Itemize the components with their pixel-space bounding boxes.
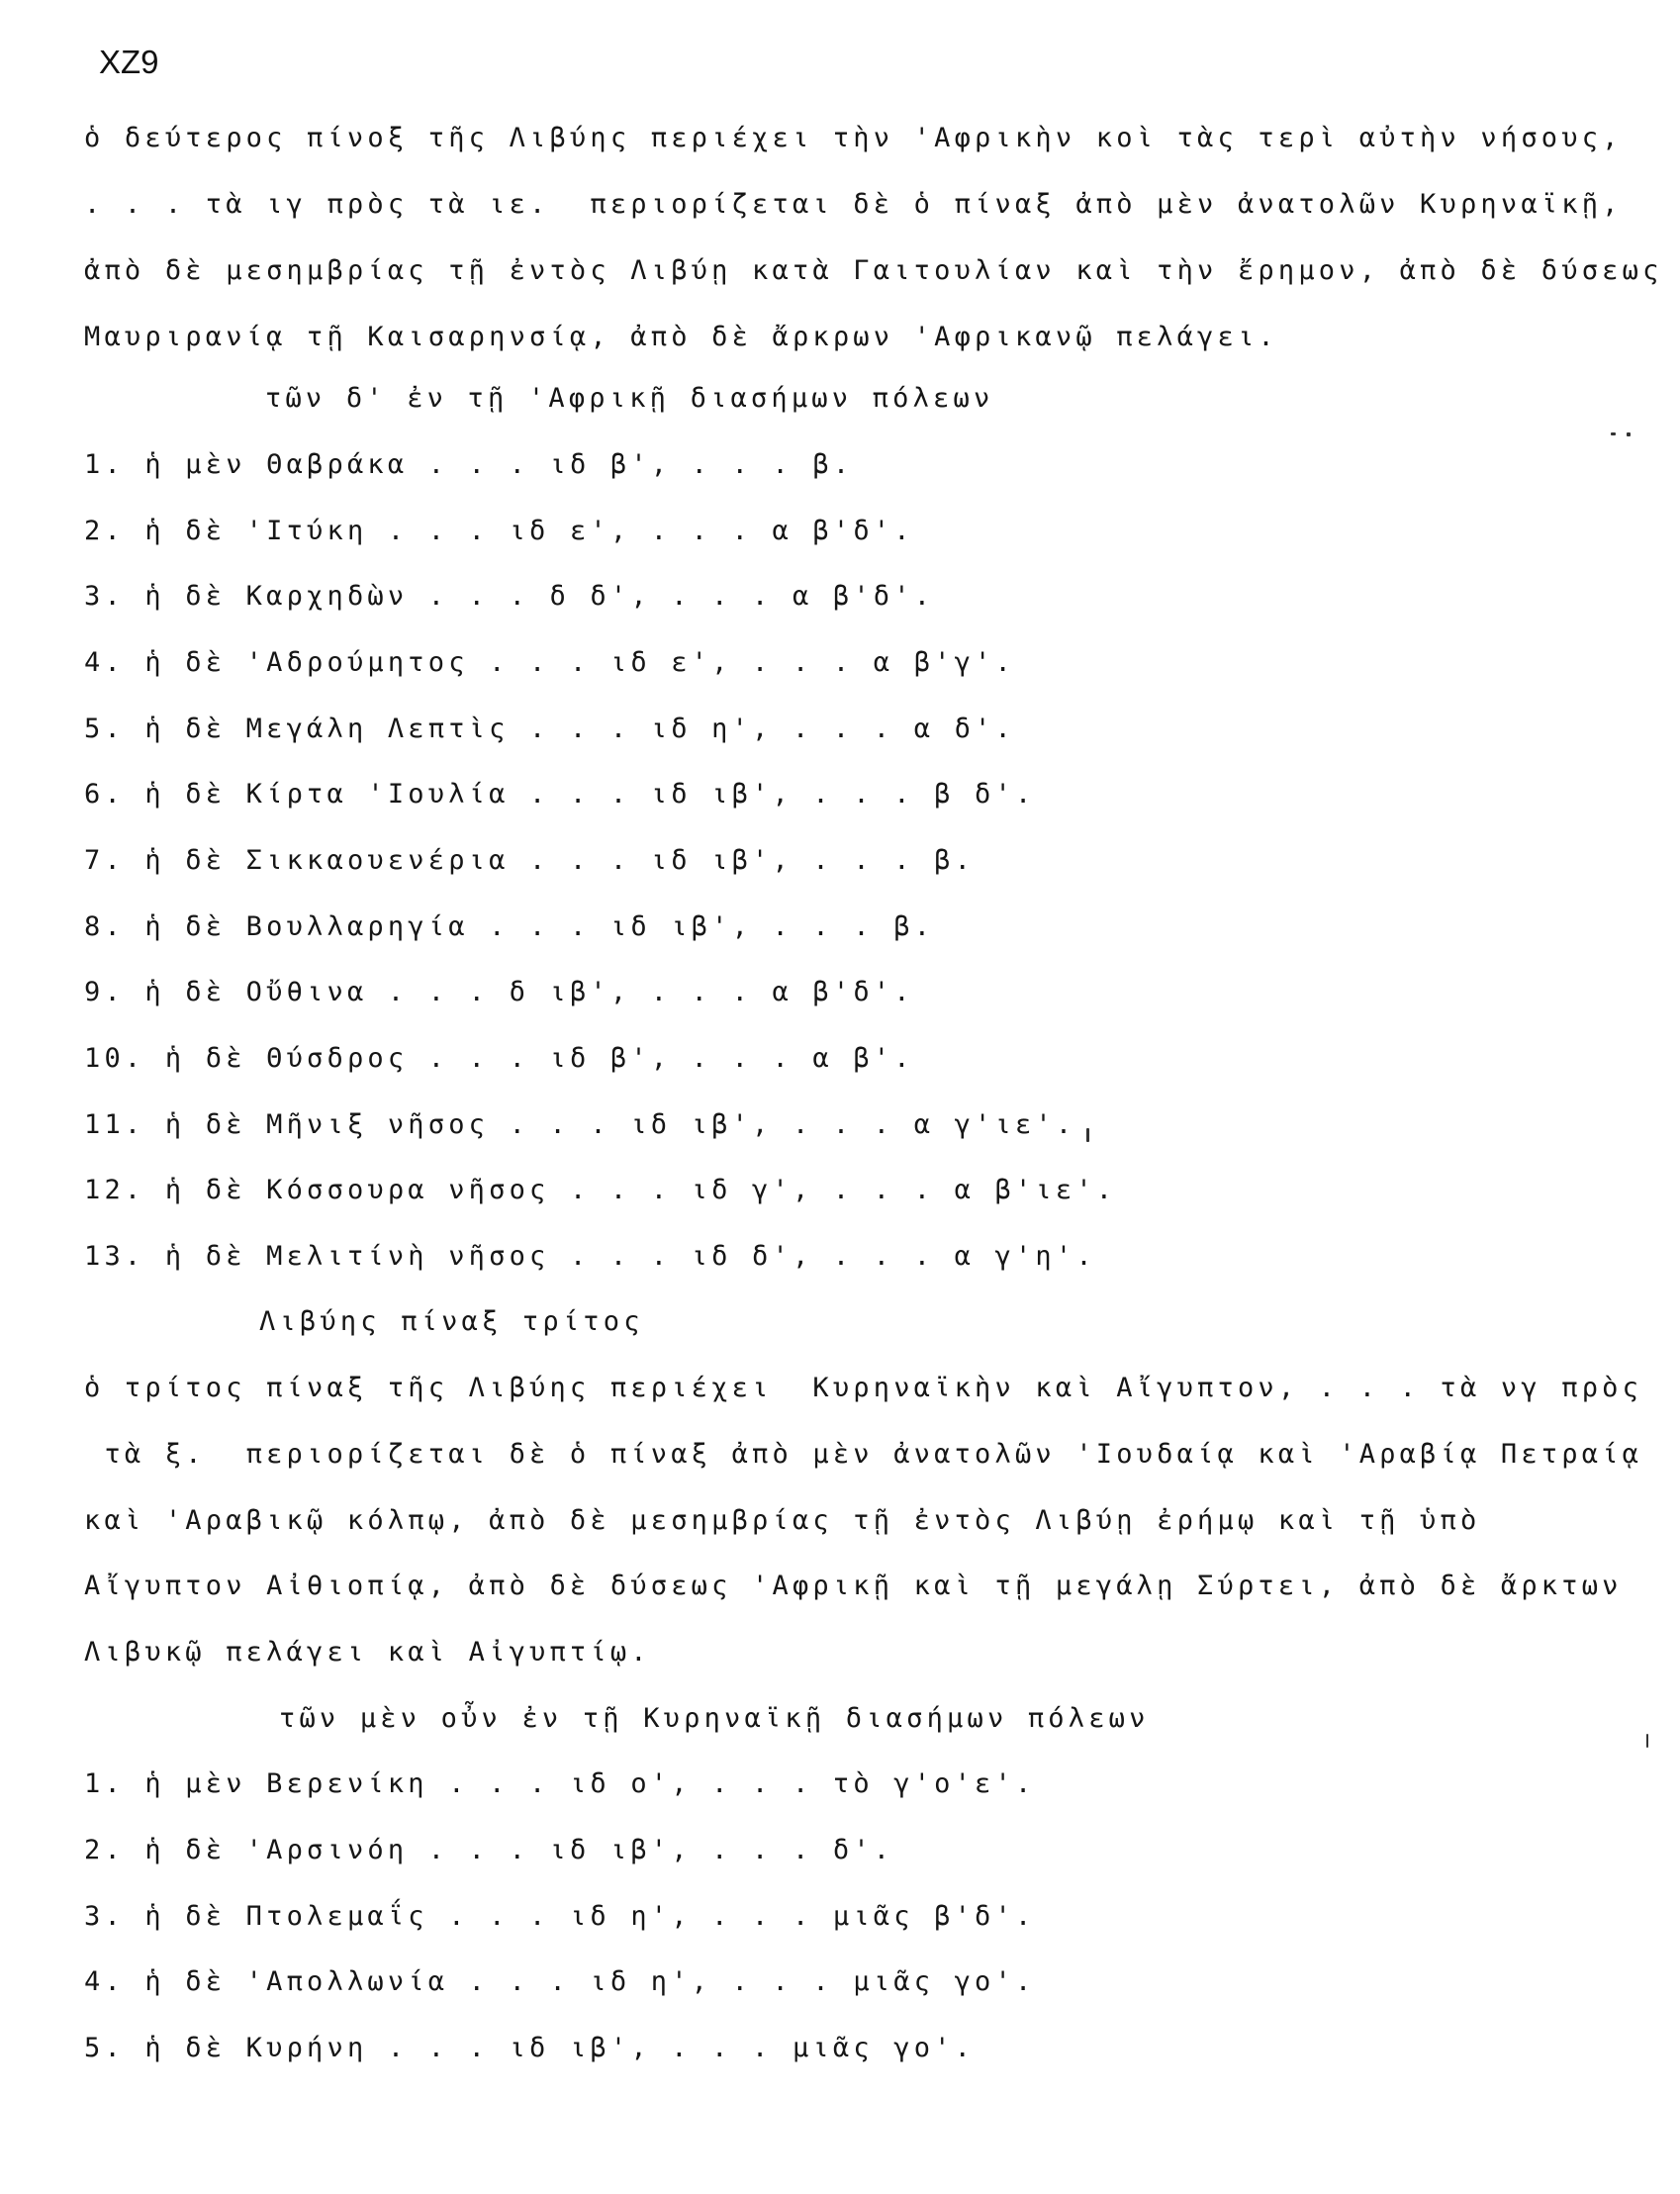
item-text: ἡ δὲ Σικκαουενέρια . . . ιδ ιβ', . . . β… <box>144 845 975 876</box>
scan-speck <box>1086 1128 1089 1142</box>
item-number: 1. <box>84 449 125 480</box>
city-item: 1. ἡ μὲν Βερενίκη . . . ιδ ο', . . . τὸ … <box>84 1766 1035 1802</box>
city-item: 13. ἡ δὲ Μελιτίνὴ νῆσος . . . ιδ δ', . .… <box>84 1239 1096 1275</box>
item-text: ἡ δὲ 'Απολλωνία . . . ιδ η', . . . μιᾶς … <box>144 1966 1035 1997</box>
item-text: ἡ δὲ Κυρήνη . . . ιδ ιβ', . . . μιᾶς γο'… <box>144 2033 975 2063</box>
item-number: 4. <box>84 1966 125 1997</box>
item-number: 3. <box>84 1901 125 1932</box>
paragraph-line: ὁ δεύτερος πίνοξ τῆς Λιβύης περιέχει τὴν… <box>84 121 1623 156</box>
item-text: ἡ μὲν Βερενίκη . . . ιδ ο', . . . τὸ γ'ο… <box>144 1768 1035 1799</box>
paragraph-line: Αἴγυπτον Αἰθιοπίᾳ, ἀπὸ δὲ δύσεως 'Αφρικῇ… <box>84 1569 1623 1604</box>
city-item: 7. ἡ δὲ Σικκαουενέρια . . . ιδ ιβ', . . … <box>84 843 975 879</box>
item-number: 10. <box>84 1043 144 1074</box>
city-item: 5. ἡ δὲ Κυρήνη . . . ιδ ιβ', . . . μιᾶς … <box>84 2031 975 2066</box>
city-item: 11. ἡ δὲ Μῆνιξ νῆσος . . . ιδ ιβ', . . .… <box>84 1107 1075 1143</box>
item-text: ἡ δὲ 'Αδρούμητος . . . ιδ ε', . . . α β'… <box>144 647 1015 678</box>
paragraph-line: τὰ ξ. περιορίζεται δὲ ὁ πίναξ ἀπὸ μὲν ἀν… <box>84 1437 1642 1473</box>
scan-speck <box>1646 1734 1648 1748</box>
paragraph-line: Μαυριρανίᾳ τῇ Καισαρηνσίᾳ, ἀπὸ δὲ ἄρκρων… <box>84 320 1278 355</box>
paragraph-line: ἀπὸ δὲ μεσημβρίας τῇ ἐντὸς Λιβύῃ κατὰ Γα… <box>84 253 1663 289</box>
page-label: XZ9 <box>99 44 159 81</box>
item-number: 5. <box>84 714 125 744</box>
scan-speck <box>1611 432 1616 435</box>
item-number: 2. <box>84 516 125 546</box>
city-item: 4. ἡ δὲ 'Αδρούμητος . . . ιδ ε', . . . α… <box>84 645 1015 681</box>
section2-cities-heading: τῶν δ' ἐν τῇ 'Αφρικῇ διασήμων πόλεων <box>265 381 993 417</box>
city-item: 5. ἡ δὲ Μεγάλη Λεπτὶς . . . ιδ η', . . .… <box>84 712 1015 747</box>
item-number: 1. <box>84 1768 125 1799</box>
item-number: 4. <box>84 647 125 678</box>
city-item: 3. ἡ δὲ Καρχηδὼν . . . δ δ', . . . α β'δ… <box>84 579 934 615</box>
item-text: ἡ μὲν Θαβράκα . . . ιδ β', . . . β. <box>144 449 853 480</box>
item-text: ἡ δὲ Κίρτα 'Ιουλία . . . ιδ ιβ', . . . β… <box>144 779 1035 810</box>
city-item: 10. ἡ δὲ Θύσδρος . . . ιδ β', . . . α β'… <box>84 1041 914 1077</box>
paragraph-line: ὁ τρίτος πίναξ τῆς Λιβύης περιέχει Κυρην… <box>84 1371 1642 1406</box>
item-number: 13. <box>84 1241 144 1272</box>
city-item: 9. ἡ δὲ Οὔθινα . . . δ ιβ', . . . α β'δ'… <box>84 975 914 1010</box>
section3-cities-heading: τῶν μὲν οὖν ἐν τῇ Κυρηναϊκῇ διασήμων πόλ… <box>279 1701 1150 1737</box>
item-text: ἡ δὲ 'Αρσινόη . . . ιδ ιβ', . . . δ'. <box>144 1835 893 1865</box>
item-text: ἡ δὲ Καρχηδὼν . . . δ δ', . . . α β'δ'. <box>144 581 934 612</box>
item-number: 3. <box>84 581 125 612</box>
scan-speck <box>1627 432 1631 436</box>
item-text: ἡ δὲ 'Ιτύκη . . . ιδ ε', . . . α β'δ'. <box>144 516 913 546</box>
paragraph-line: . . . τὰ ιγ πρὸς τὰ ιε. περιορίζεται δὲ … <box>84 187 1623 223</box>
city-item: 2. ἡ δὲ 'Ιτύκη . . . ιδ ε', . . . α β'δ'… <box>84 514 914 549</box>
item-text: ἡ δὲ Μεγάλη Λεπτὶς . . . ιδ η', . . . α … <box>144 714 1015 744</box>
paragraph-line: Λιβυκῷ πελάγει καὶ Αἰγυπτίῳ. <box>84 1635 651 1670</box>
city-item: 2. ἡ δὲ 'Αρσινόη . . . ιδ ιβ', . . . δ'. <box>84 1833 893 1868</box>
item-number: 9. <box>84 977 125 1007</box>
item-number: 11. <box>84 1109 144 1140</box>
city-item: 4. ἡ δὲ 'Απολλωνία . . . ιδ η', . . . μι… <box>84 1964 1035 2000</box>
paragraph-line: καὶ 'Αραβικῷ κόλπῳ, ἀπὸ δὲ μεσημβρίας τῇ… <box>84 1503 1480 1539</box>
city-item: 6. ἡ δὲ Κίρτα 'Ιουλία . . . ιδ ιβ', . . … <box>84 777 1035 812</box>
item-text: ἡ δὲ Θύσδρος . . . ιδ β', . . . α β'. <box>165 1043 914 1074</box>
city-item: 8. ἡ δὲ Βουλλαρηγία . . . ιδ ιβ', . . . … <box>84 909 934 945</box>
item-number: 7. <box>84 845 125 876</box>
city-item: 1. ἡ μὲν Θαβράκα . . . ιδ β', . . . β. <box>84 447 853 483</box>
item-number: 8. <box>84 911 125 942</box>
city-item: 3. ἡ δὲ Πτολεμαΐς . . . ιδ η', . . . μιᾶ… <box>84 1899 1035 1935</box>
item-text: ἡ δὲ Μελιτίνὴ νῆσος . . . ιδ δ', . . . α… <box>165 1241 1096 1272</box>
item-text: ἡ δὲ Κόσσουρα νῆσος . . . ιδ γ', . . . α… <box>165 1175 1116 1205</box>
item-text: ἡ δὲ Πτολεμαΐς . . . ιδ η', . . . μιᾶς β… <box>144 1901 1035 1932</box>
section3-title: Λιβύης πίναξ τρίτος <box>259 1304 644 1340</box>
item-number: 2. <box>84 1835 125 1865</box>
city-item: 12. ἡ δὲ Κόσσουρα νῆσος . . . ιδ γ', . .… <box>84 1173 1116 1208</box>
item-number: 6. <box>84 779 125 810</box>
item-text: ἡ δὲ Οὔθινα . . . δ ιβ', . . . α β'δ'. <box>144 977 913 1007</box>
item-number: 5. <box>84 2033 125 2063</box>
item-text: ἡ δὲ Βουλλαρηγία . . . ιδ ιβ', . . . β. <box>144 911 934 942</box>
item-number: 12. <box>84 1175 144 1205</box>
item-text: ἡ δὲ Μῆνιξ νῆσος . . . ιδ ιβ', . . . α γ… <box>165 1109 1076 1140</box>
